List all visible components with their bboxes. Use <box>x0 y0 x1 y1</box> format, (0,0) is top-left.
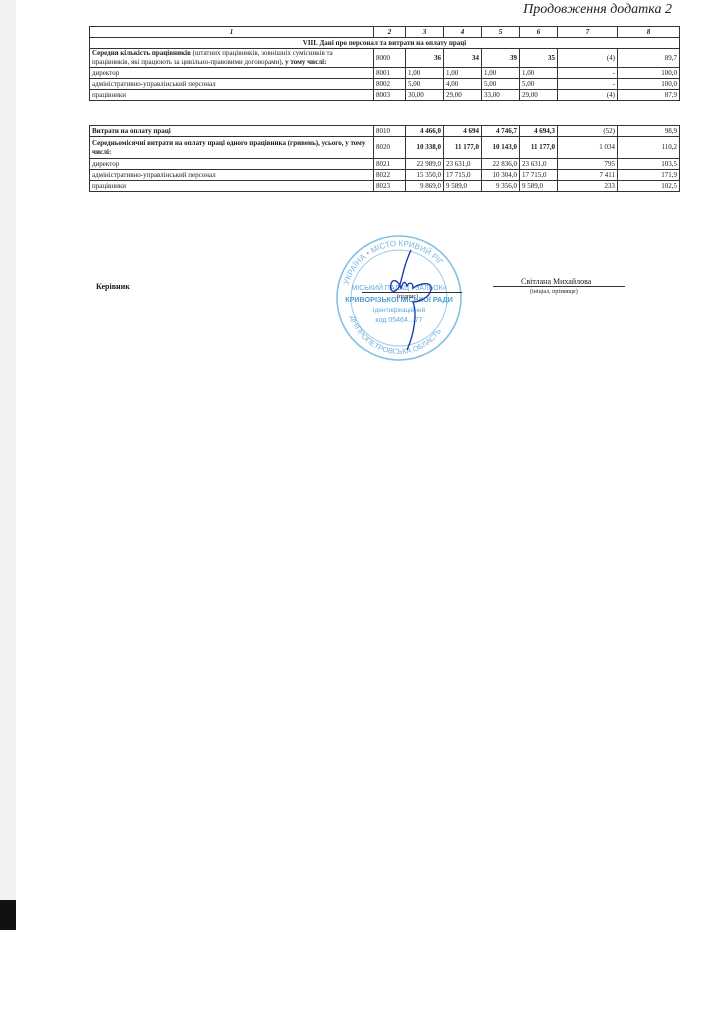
col-number: 5 <box>482 27 520 38</box>
section-title: VIII. Дані про персонал та витрати на оп… <box>90 38 680 49</box>
section-header-row: VIII. Дані про персонал та витрати на оп… <box>90 38 680 49</box>
name-caption: (ініціал, прізвище) <box>530 289 578 295</box>
cell: 11 177,0 <box>520 137 558 159</box>
table-row: адміністративно-управлінський персонал 8… <box>90 79 680 90</box>
col-number: 6 <box>520 27 558 38</box>
row-code: 8022 <box>374 170 406 181</box>
table-row: адміністративно-управлінський персонал 8… <box>90 170 680 181</box>
col-number: 2 <box>374 27 406 38</box>
col-number: 3 <box>406 27 444 38</box>
scan-edge-dark <box>0 900 16 930</box>
cell: 22 836,0 <box>482 159 520 170</box>
col-number: 7 <box>558 27 618 38</box>
cell: (4) <box>558 90 618 101</box>
row-label: адміністративно-управлінський персонал <box>90 170 374 181</box>
cell: 29,00 <box>444 90 482 101</box>
table-row: працівники 8023 9 869,0 9 589,0 9 356,0 … <box>90 181 680 192</box>
cell: 9 356,0 <box>482 181 520 192</box>
col-number: 8 <box>618 27 680 38</box>
cell: 7 411 <box>558 170 618 181</box>
cell: 23 631,0 <box>444 159 482 170</box>
name-line <box>493 286 625 287</box>
cell: 110,2 <box>618 137 680 159</box>
cell: 1,00 <box>444 68 482 79</box>
row-code: 8021 <box>374 159 406 170</box>
cell: - <box>558 68 618 79</box>
row-code: 8023 <box>374 181 406 192</box>
row-label: Витрати на оплату праці <box>90 126 374 137</box>
row-code: 8010 <box>374 126 406 137</box>
column-number-row: 1 2 3 4 5 6 7 8 <box>90 27 680 38</box>
cell: 30,00 <box>406 90 444 101</box>
cell: 9 589,0 <box>444 181 482 192</box>
cell: 100,0 <box>618 79 680 90</box>
cell: 100,0 <box>618 68 680 79</box>
cell: 171,9 <box>618 170 680 181</box>
cell: 10 338,0 <box>406 137 444 159</box>
cell: 9 589,0 <box>520 181 558 192</box>
table-row: Витрати на оплату праці 8010 4 466,0 4 6… <box>90 126 680 137</box>
table-row: директор 8001 1,00 1,00 1,00 1,00 - 100,… <box>90 68 680 79</box>
row-label: працівники <box>90 181 374 192</box>
cell: 1,00 <box>520 68 558 79</box>
cell: 17 715,0 <box>444 170 482 181</box>
signature-line <box>362 292 462 293</box>
scan-edge <box>0 0 16 930</box>
signer-role: Керівник <box>96 282 130 291</box>
cell: 35 <box>520 49 558 68</box>
cell: 4 466,0 <box>406 126 444 137</box>
cell: - <box>558 79 618 90</box>
row-label: Середньомісячні витрати на оплату праці … <box>90 137 374 159</box>
cell: 9 869,0 <box>406 181 444 192</box>
row-label-bold: Середня кількість працівників <box>92 49 191 57</box>
signature-caption: (підпис) <box>397 294 418 300</box>
cell: 795 <box>558 159 618 170</box>
personnel-table: 1 2 3 4 5 6 7 8 VIII. Дані про персонал … <box>89 26 680 101</box>
cell: 15 350,0 <box>406 170 444 181</box>
cell: 1,00 <box>406 68 444 79</box>
cell: 11 177,0 <box>444 137 482 159</box>
cell: 23 631,0 <box>520 159 558 170</box>
col-number: 4 <box>444 27 482 38</box>
table-row: директор 8021 22 989,0 23 631,0 22 836,0… <box>90 159 680 170</box>
cell: 10 304,0 <box>482 170 520 181</box>
cell: 98,9 <box>618 126 680 137</box>
cell: 29,00 <box>520 90 558 101</box>
row-label: працівники <box>90 90 374 101</box>
svg-text:УКРАЇНА • МІСТО КРИВИЙ РІГ: УКРАЇНА • МІСТО КРИВИЙ РІГ <box>342 239 445 286</box>
cell: 102,5 <box>618 181 680 192</box>
cell: 34 <box>444 49 482 68</box>
cell: 17 715,0 <box>520 170 558 181</box>
cell: 4 746,7 <box>482 126 520 137</box>
cell: 87,9 <box>618 90 680 101</box>
row-label: Середня кількість працівників (штатних п… <box>90 49 374 68</box>
cell: 233 <box>558 181 618 192</box>
row-label: адміністративно-управлінський персонал <box>90 79 374 90</box>
row-code: 8001 <box>374 68 406 79</box>
row-label: директор <box>90 68 374 79</box>
cell: 10 143,0 <box>482 137 520 159</box>
signer-name: Світлана Михайлова <box>521 277 591 286</box>
wages-table: Витрати на оплату праці 8010 4 466,0 4 6… <box>89 125 680 192</box>
cell: 5,00 <box>520 79 558 90</box>
cell: 4 694,3 <box>520 126 558 137</box>
stamp-line3: Ідентифікаційний <box>373 306 426 314</box>
cell: 33,00 <box>482 90 520 101</box>
row-code: 8020 <box>374 137 406 159</box>
cell: 4,00 <box>444 79 482 90</box>
cell: 39 <box>482 49 520 68</box>
cell: 1,00 <box>482 68 520 79</box>
cell: 103,5 <box>618 159 680 170</box>
row-code: 8002 <box>374 79 406 90</box>
page-title: Продовження додатка 2 <box>523 2 672 18</box>
cell: 1 034 <box>558 137 618 159</box>
stamp-ring-top: УКРАЇНА • МІСТО КРИВИЙ РІГ <box>342 239 445 286</box>
table-row: Середня кількість працівників (штатних п… <box>90 49 680 68</box>
row-label: директор <box>90 159 374 170</box>
cell: 5,00 <box>482 79 520 90</box>
col-number: 1 <box>90 27 374 38</box>
cell: 89,7 <box>618 49 680 68</box>
table-row: працівники 8003 30,00 29,00 33,00 29,00 … <box>90 90 680 101</box>
cell: (52) <box>558 126 618 137</box>
row-label-tail: у тому числі: <box>285 58 326 66</box>
cell: 4 694 <box>444 126 482 137</box>
table-row: Середньомісячні витрати на оплату праці … <box>90 137 680 159</box>
row-code: 8003 <box>374 90 406 101</box>
cell: 22 989,0 <box>406 159 444 170</box>
row-code: 8000 <box>374 49 406 68</box>
cell: 36 <box>406 49 444 68</box>
cell: 5,00 <box>406 79 444 90</box>
cell: (4) <box>558 49 618 68</box>
